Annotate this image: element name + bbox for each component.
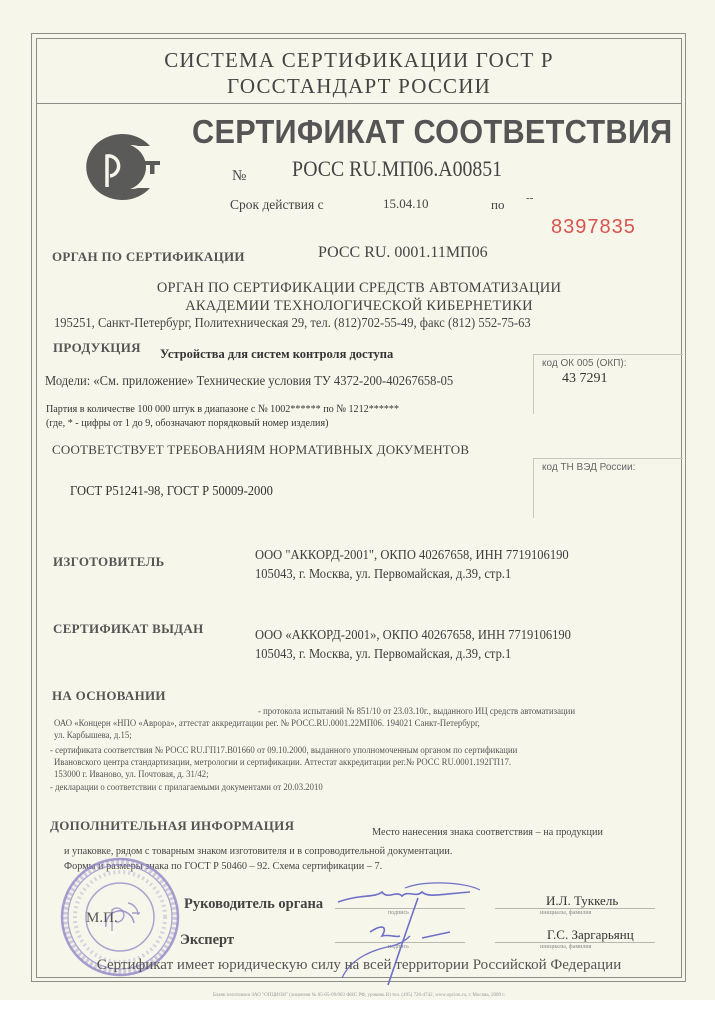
basis-label: НА ОСНОВАНИИ (52, 688, 166, 704)
okp-code-box: код ОК 005 (ОКП): 43 7291 (533, 354, 683, 414)
expert-label: Эксперт (180, 932, 234, 949)
system-title-line2: ГОССТАНДАРТ РОССИИ (36, 74, 682, 99)
issued-to-line1: ООО «АККОРД-2001», ОКПО 40267658, ИНН 77… (255, 627, 571, 643)
product-label: ПРОДУКЦИЯ (53, 340, 141, 356)
page-bottom-margin (0, 1000, 715, 1024)
expert-name-line (495, 942, 655, 943)
head-of-body-label: Руководитель органа (184, 896, 323, 913)
certification-body-label: ОРГАН ПО СЕРТИФИКАЦИИ (52, 249, 245, 265)
compliance-label: СООТВЕТСТВУЕТ ТРЕБОВАНИЯМ НОРМАТИВНЫХ ДО… (52, 442, 469, 458)
head-name-line (495, 908, 655, 909)
tnved-code-label: код ТН ВЭД России: (534, 459, 683, 473)
printer-note: Бланк изготовлен ЗАО "ОПЦИОН" (лицензия … (36, 993, 682, 998)
valid-from: 15.04.10 (383, 196, 429, 212)
certificate-number: РОСС RU.МП06.А00851 (292, 156, 502, 182)
compliance-standards: ГОСТ Р51241-98, ГОСТ Р 50009-2000 (70, 483, 273, 499)
expert-name-caption: инициалы, фамилия (540, 944, 591, 950)
certification-body-name-line2: АКАДЕМИИ ТЕХНОЛОГИЧЕСКОЙ КИБЕРНЕТИКИ (36, 298, 682, 315)
certificate-title: СЕРТИФИКАТ СООТВЕТСТВИЯ (192, 113, 673, 151)
head-name-caption: инициалы, фамилия (540, 910, 591, 916)
basis-line: - протокола испытаний № 851/10 от 23.03.… (258, 707, 575, 717)
issued-to-label: СЕРТИФИКАТ ВЫДАН (53, 621, 204, 637)
basis-line: ОАО «Концерн «НПО «Аврора», аттестат акк… (54, 719, 480, 729)
manufacturer-label: ИЗГОТОВИТЕЛЬ (53, 554, 164, 570)
validity-label: Срок действия с (230, 197, 324, 213)
head-name: И.Л. Туккель (546, 893, 618, 909)
number-sign: № (232, 168, 246, 185)
rst-logo-icon (80, 132, 170, 202)
serial-number: 8397835 (551, 216, 636, 239)
product-name: Устройства для систем контроля доступа (160, 347, 393, 362)
manufacturer-line2: 105043, г. Москва, ул. Первомайская, д.3… (255, 566, 511, 582)
stamp-label: М.П. (86, 910, 118, 927)
certification-body-code: РОСС RU. 0001.11МП06 (318, 244, 488, 262)
expert-name: Г.С. Заргарьянц (547, 927, 634, 943)
validity-statement: Сертификат имеет юридическую силу на все… (36, 957, 682, 974)
certification-body-address: 195251, Санкт-Петербург, Политехническая… (54, 315, 531, 331)
basis-line: 153000 г. Иваново, ул. Почтовая, д. 31/4… (54, 770, 209, 780)
basis-line: Ивановского центра стандартизации, метро… (54, 758, 511, 768)
product-batch: Партия в количестве 100 000 штук в диапа… (46, 403, 399, 415)
additional-info-label: ДОПОЛНИТЕЛЬНАЯ ИНФОРМАЦИЯ (50, 818, 294, 834)
header-divider (36, 103, 682, 104)
system-title-line1: СИСТЕМА СЕРТИФИКАЦИИ ГОСТ Р (36, 48, 682, 73)
valid-to: -- (526, 192, 533, 204)
okp-code-value: 43 7291 (534, 369, 683, 387)
basis-line: - сертификата соответствия № РОСС RU.ГП1… (50, 746, 517, 756)
additional-info-line1: Место нанесения знака соответствия – на … (372, 826, 603, 838)
product-models: Модели: «См. приложение» Технические усл… (45, 373, 453, 389)
product-batch-note: (где, * - цифры от 1 до 9, обозначают по… (46, 417, 329, 429)
basis-line: ул. Карбышева, д.15; (54, 731, 132, 741)
issued-to-line2: 105043, г. Москва, ул. Первомайская, д.3… (255, 646, 511, 662)
certification-body-name-line1: ОРГАН ПО СЕРТИФИКАЦИИ СРЕДСТВ АВТОМАТИЗА… (36, 280, 682, 297)
okp-code-label: код ОК 005 (ОКП): (534, 355, 683, 369)
manufacturer-line1: ООО "АККОРД-2001", ОКПО 40267658, ИНН 77… (255, 547, 569, 563)
tnved-code-box: код ТН ВЭД России: (533, 458, 683, 518)
basis-line: - декларации о соответствии с прилагаемы… (50, 783, 323, 793)
valid-to-label: по (491, 197, 504, 213)
